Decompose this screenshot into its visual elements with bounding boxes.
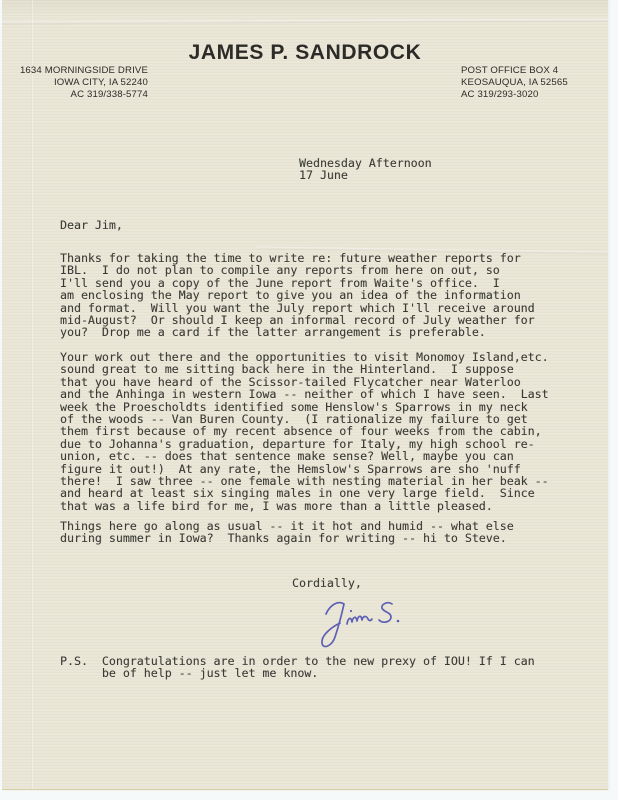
dateline: Wednesday Afternoon 17 June <box>299 157 432 182</box>
address-line: AC 319/293-3020 <box>461 89 568 101</box>
postscript: P.S. Congratulations are in order to the… <box>60 655 535 680</box>
letterhead-name: JAMES P. SANDROCK <box>2 41 608 65</box>
closing: Cordially, <box>292 577 362 589</box>
paragraph-3: Things here go along as usual -- it it h… <box>60 520 514 545</box>
paper-fold-line <box>31 0 33 789</box>
address-line: KEOSAUQUA, IA 52565 <box>461 77 568 89</box>
salutation: Dear Jim, <box>60 219 123 231</box>
paragraph-2: Your work out there and the opportunitie… <box>60 351 549 512</box>
paragraph-1: Thanks for taking the time to write re: … <box>60 252 535 339</box>
signature-handwritten-jim-s <box>314 597 406 655</box>
letterhead-address-left: 1634 MORNINGSIDE DRIVE IOWA CITY, IA 522… <box>2 65 148 100</box>
scanned-letter: JAMES P. SANDROCK 1634 MORNINGSIDE DRIVE… <box>0 0 618 800</box>
paper-crease-top <box>2 19 608 25</box>
address-line: AC 319/338-5774 <box>2 89 148 101</box>
address-line: POST OFFICE BOX 4 <box>461 65 568 77</box>
letter-paper: JAMES P. SANDROCK 1634 MORNINGSIDE DRIVE… <box>2 0 608 790</box>
letterhead-address-right: POST OFFICE BOX 4 KEOSAUQUA, IA 52565 AC… <box>461 65 568 100</box>
address-line: 1634 MORNINGSIDE DRIVE <box>2 65 148 77</box>
address-line: IOWA CITY, IA 52240 <box>2 77 148 89</box>
